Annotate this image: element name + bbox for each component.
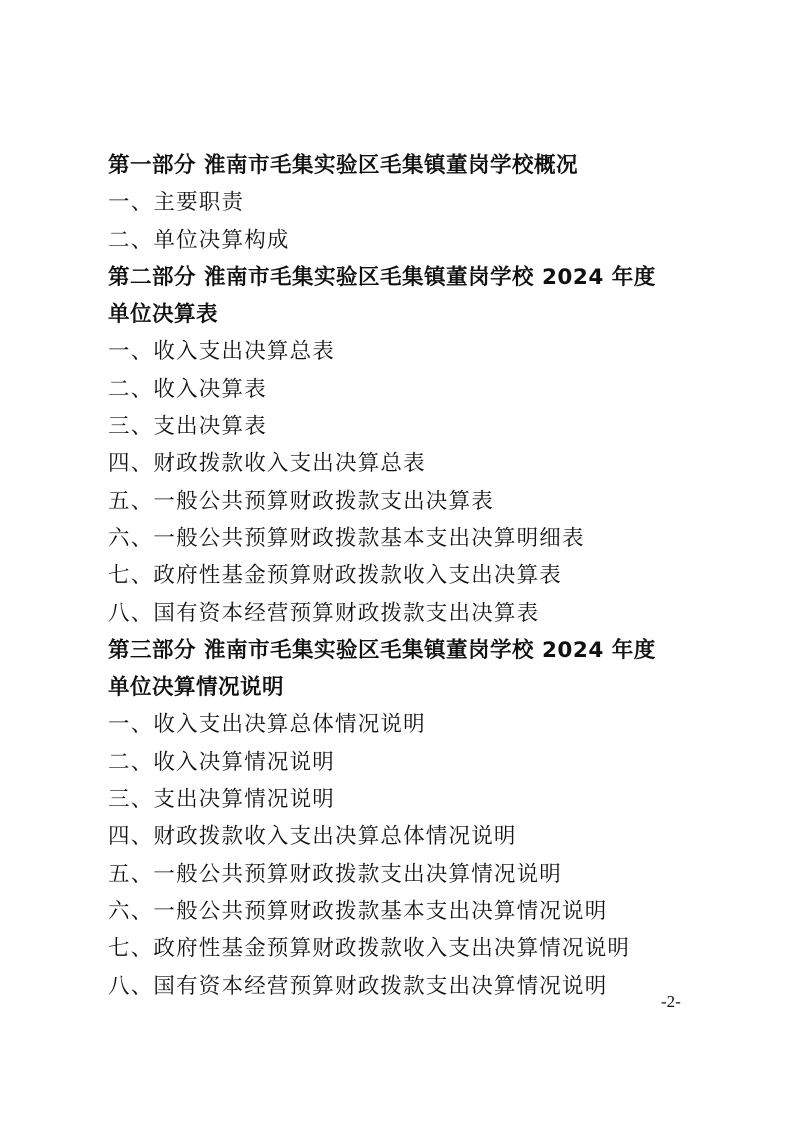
toc-item: 三、支出决算表 bbox=[108, 408, 708, 445]
toc-item: 八、国有资本经营预算财政拨款支出决算情况说明 bbox=[108, 968, 708, 1005]
part1-heading: 第一部分 淮南市毛集实验区毛集镇董岗学校概况 bbox=[108, 147, 708, 184]
toc-item: 五、一般公共预算财政拨款支出决算情况说明 bbox=[108, 856, 708, 893]
toc-item: 三、支出决算情况说明 bbox=[108, 781, 708, 818]
toc-item: 二、单位决算构成 bbox=[108, 222, 708, 259]
toc-item: 一、收入支出决算总体情况说明 bbox=[108, 706, 708, 743]
toc-item: 五、一般公共预算财政拨款支出决算表 bbox=[108, 483, 708, 520]
toc-item: 六、一般公共预算财政拨款基本支出决算情况说明 bbox=[108, 893, 708, 930]
toc-item: 七、政府性基金预算财政拨款收入支出决算情况说明 bbox=[108, 930, 708, 967]
toc-item: 二、收入决算情况说明 bbox=[108, 744, 708, 781]
toc-item: 一、主要职责 bbox=[108, 184, 708, 221]
part2-heading-line1: 第二部分 淮南市毛集实验区毛集镇董岗学校 2024 年度 bbox=[108, 259, 708, 296]
part2-heading-line2: 单位决算表 bbox=[108, 296, 708, 333]
toc-item: 四、财政拨款收入支出决算总体情况说明 bbox=[108, 818, 708, 855]
part3-heading-line1: 第三部分 淮南市毛集实验区毛集镇董岗学校 2024 年度 bbox=[108, 632, 708, 669]
page-number: -2- bbox=[661, 992, 681, 1012]
toc-item: 七、政府性基金预算财政拨款收入支出决算表 bbox=[108, 557, 708, 594]
toc-item: 二、收入决算表 bbox=[108, 371, 708, 408]
toc-item: 八、国有资本经营预算财政拨款支出决算表 bbox=[108, 595, 708, 632]
toc-item: 一、收入支出决算总表 bbox=[108, 333, 708, 370]
table-of-contents: 第一部分 淮南市毛集实验区毛集镇董岗学校概况 一、主要职责 二、单位决算构成 第… bbox=[108, 147, 708, 1005]
toc-item: 四、财政拨款收入支出决算总表 bbox=[108, 445, 708, 482]
toc-item: 六、一般公共预算财政拨款基本支出决算明细表 bbox=[108, 520, 708, 557]
part3-heading-line2: 单位决算情况说明 bbox=[108, 669, 708, 706]
